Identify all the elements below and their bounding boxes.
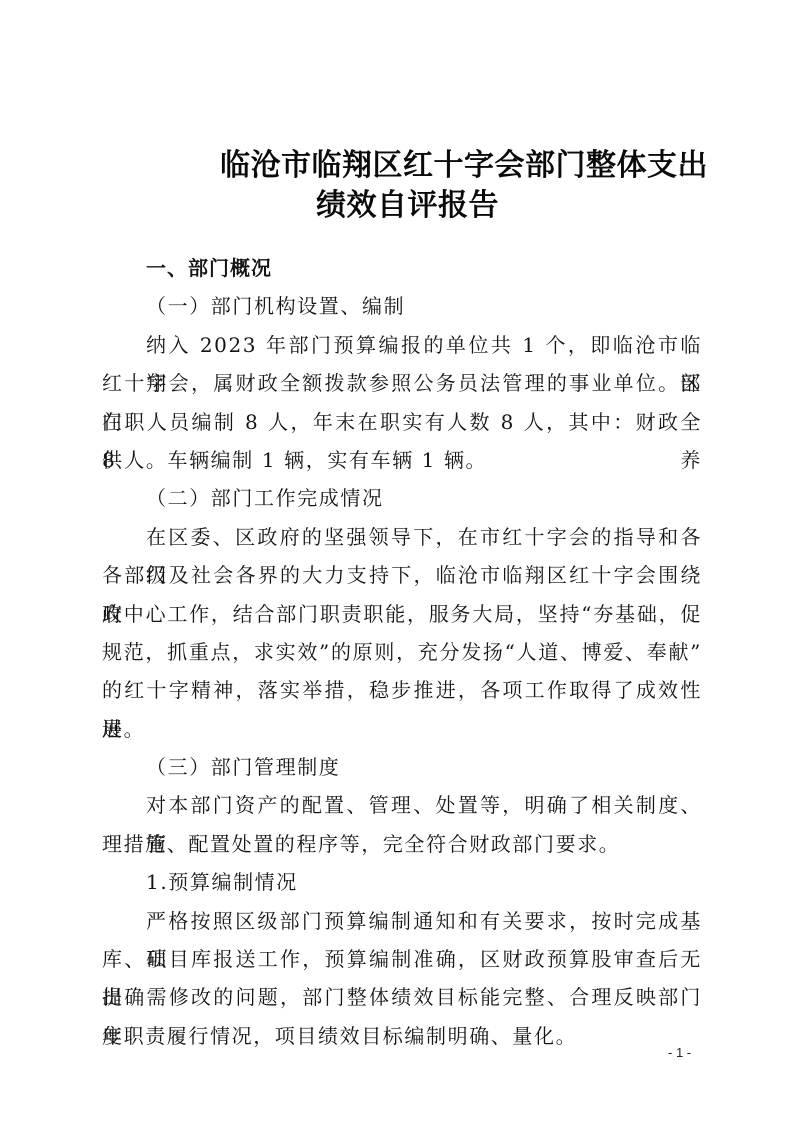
page-number: - 1 - (668, 1045, 691, 1060)
paragraph-line: 严格按照区级部门预算编制通知和有关要求，按时完成基础 (102, 902, 702, 940)
document-title-line-2: 绩效自评报告 (316, 188, 499, 224)
paragraph-line: 在职人员编制 8 人，年末在职实有人数 8 人，其中：财政全供养 (102, 403, 702, 441)
paragraph-line: 理措施、配置处置的程序等，完全符合财政部门要求。 (102, 825, 702, 863)
paragraph-line: 展。 (102, 710, 702, 748)
item-heading-budget-preparation: 1.预算编制情况 (102, 863, 702, 901)
paragraph-line: 库、项目库报送工作，预算编制准确，区财政预算股审查后无提 (102, 940, 702, 978)
document-page: 临沧市临翔区红十字会部门整体支出 绩效自评报告 一、部门概况 （一）部门机构设置… (0, 0, 793, 1122)
section-heading-overview: 一、部门概况 (102, 249, 702, 287)
paragraph-line: 规范，抓重点，求实效”的原则，充分发扬“人道、博爱、奉献” (102, 633, 702, 671)
paragraph-line: 府中心工作，结合部门职责职能，服务大局，坚持“夯基础，促 (102, 595, 702, 633)
document-body: 一、部门概况 （一）部门机构设置、编制 纳入 2023 年部门预算编报的单位共 … (102, 249, 702, 1055)
document-title-line-1: 临沧市临翔区红十字会部门整体支出 (220, 148, 708, 184)
paragraph-line: 出确需修改的问题，部门整体绩效目标能完整、合理反映部门年 (102, 978, 702, 1016)
paragraph-line: 度职责履行情况，项目绩效目标编制明确、量化。 (102, 1017, 702, 1055)
subsection-heading-organization: （一）部门机构设置、编制 (102, 287, 702, 325)
paragraph-line: 纳入 2023 年部门预算编报的单位共 1 个，即临沧市临翔区 (102, 326, 702, 364)
paragraph-line: 对本部门资产的配置、管理、处置等，明确了相关制度、管 (102, 786, 702, 824)
subsection-heading-work-completion: （二）部门工作完成情况 (102, 479, 702, 517)
paragraph-line: 各部门及社会各界的大力支持下，临沧市临翔区红十字会围绕政 (102, 556, 702, 594)
subsection-heading-management: （三）部门管理制度 (102, 748, 702, 786)
paragraph-line: 的红十字精神，落实举措，稳步推进，各项工作取得了成效性进 (102, 671, 702, 709)
paragraph-line: 在区委、区政府的坚强领导下，在市红十字会的指导和各级 (102, 518, 702, 556)
paragraph-line: 红十字会，属财政全额拨款参照公务员法管理的事业单位。部门 (102, 364, 702, 402)
